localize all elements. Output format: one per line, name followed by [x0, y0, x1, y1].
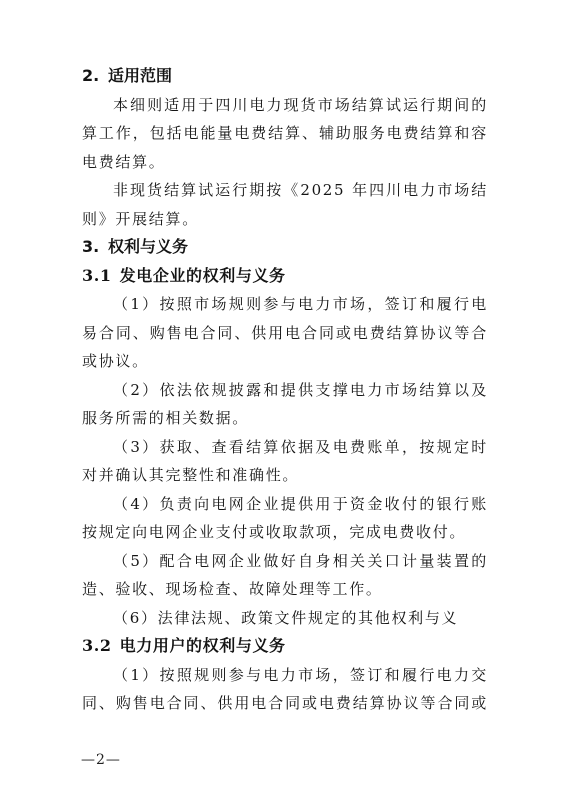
text-line: （3）获取、查看结算依据及电费账单，按规定时间核: [82, 433, 488, 462]
text-line: 电费结算。: [82, 148, 488, 177]
text-line: （5）配合电网企业做好自身相关关口计量装置的改: [82, 547, 488, 576]
list-item-1: （1）按照规则参与电力市场，签订和履行电力交易合 同、购售电合同、供用电合同或电…: [82, 661, 488, 718]
text-line: 易合同、购售电合同、供用电合同或电费结算协议等合同: [82, 319, 488, 348]
text-line: （4）负责向电网企业提供用于资金收付的银行账户，: [82, 490, 488, 519]
text-line: 按规定向电网企业支付或收取款项，完成电费收付。: [82, 518, 488, 547]
section-heading-3: 3.权利与义务: [82, 233, 488, 262]
section-heading-2: 2.适用范围: [82, 62, 488, 91]
section-title: 适用范围: [108, 66, 172, 85]
text-line: （1）按照规则参与电力市场，签订和履行电力交易合: [82, 661, 488, 690]
page-number: —2—: [81, 750, 121, 770]
text-line: （1）按照市场规则参与电力市场，签订和履行电力交: [82, 290, 488, 319]
page-body: 2.适用范围 本细则适用于四川电力现货市场结算试运行期间的结 算工作，包括电能量…: [82, 62, 488, 718]
text-line: （2）依法依规披露和提供支撑电力市场结算以及市场: [82, 376, 488, 405]
text-line: 本细则适用于四川电力现货市场结算试运行期间的结: [82, 91, 488, 120]
subsection-title: 电力用户的权利与义务: [120, 636, 286, 655]
paragraph: 非现货结算试运行期按《2025 年四川电力市场结算细 则》开展结算。: [82, 176, 488, 233]
text-line: 对并确认其完整性和准确性。: [82, 461, 488, 490]
text-line: 则》开展结算。: [82, 205, 488, 234]
list-item-3: （3）获取、查看结算依据及电费账单，按规定时间核 对并确认其完整性和准确性。: [82, 433, 488, 490]
list-item-1: （1）按照市场规则参与电力市场，签订和履行电力交 易合同、购售电合同、供用电合同…: [82, 290, 488, 376]
text-line: 同、购售电合同、供用电合同或电费结算协议等合同或协: [82, 689, 488, 718]
text-line: 造、验收、现场检查、故障处理等工作。: [82, 575, 488, 604]
subsection-title: 发电企业的权利与义务: [120, 266, 286, 285]
section-title: 权利与义务: [108, 237, 188, 256]
section-number: 2.: [82, 62, 102, 91]
document-page: 2.适用范围 本细则适用于四川电力现货市场结算试运行期间的结 算工作，包括电能量…: [0, 0, 572, 808]
subsection-heading-3-1: 3.1发电企业的权利与义务: [82, 262, 488, 291]
subsection-number: 3.2: [82, 632, 112, 661]
text-line: 服务所需的相关数据。: [82, 404, 488, 433]
list-item-2: （2）依法依规披露和提供支撑电力市场结算以及市场 服务所需的相关数据。: [82, 376, 488, 433]
list-item-5: （5）配合电网企业做好自身相关关口计量装置的改 造、验收、现场检查、故障处理等工…: [82, 547, 488, 604]
section-number: 3.: [82, 233, 102, 262]
list-item-4: （4）负责向电网企业提供用于资金收付的银行账户， 按规定向电网企业支付或收取款项…: [82, 490, 488, 547]
subsection-number: 3.1: [82, 262, 112, 291]
paragraph: 本细则适用于四川电力现货市场结算试运行期间的结 算工作，包括电能量电费结算、辅助…: [82, 91, 488, 177]
text-line: （6）法律法规、政策文件规定的其他权利与义务。: [82, 604, 488, 633]
text-line: 或协议。: [82, 347, 488, 376]
text-line: 算工作，包括电能量电费结算、辅助服务电费结算和容量: [82, 119, 488, 148]
list-item-6: （6）法律法规、政策文件规定的其他权利与义务。: [82, 604, 488, 633]
subsection-heading-3-2: 3.2电力用户的权利与义务: [82, 632, 488, 661]
text-line: 非现货结算试运行期按《2025 年四川电力市场结算细: [82, 176, 488, 205]
